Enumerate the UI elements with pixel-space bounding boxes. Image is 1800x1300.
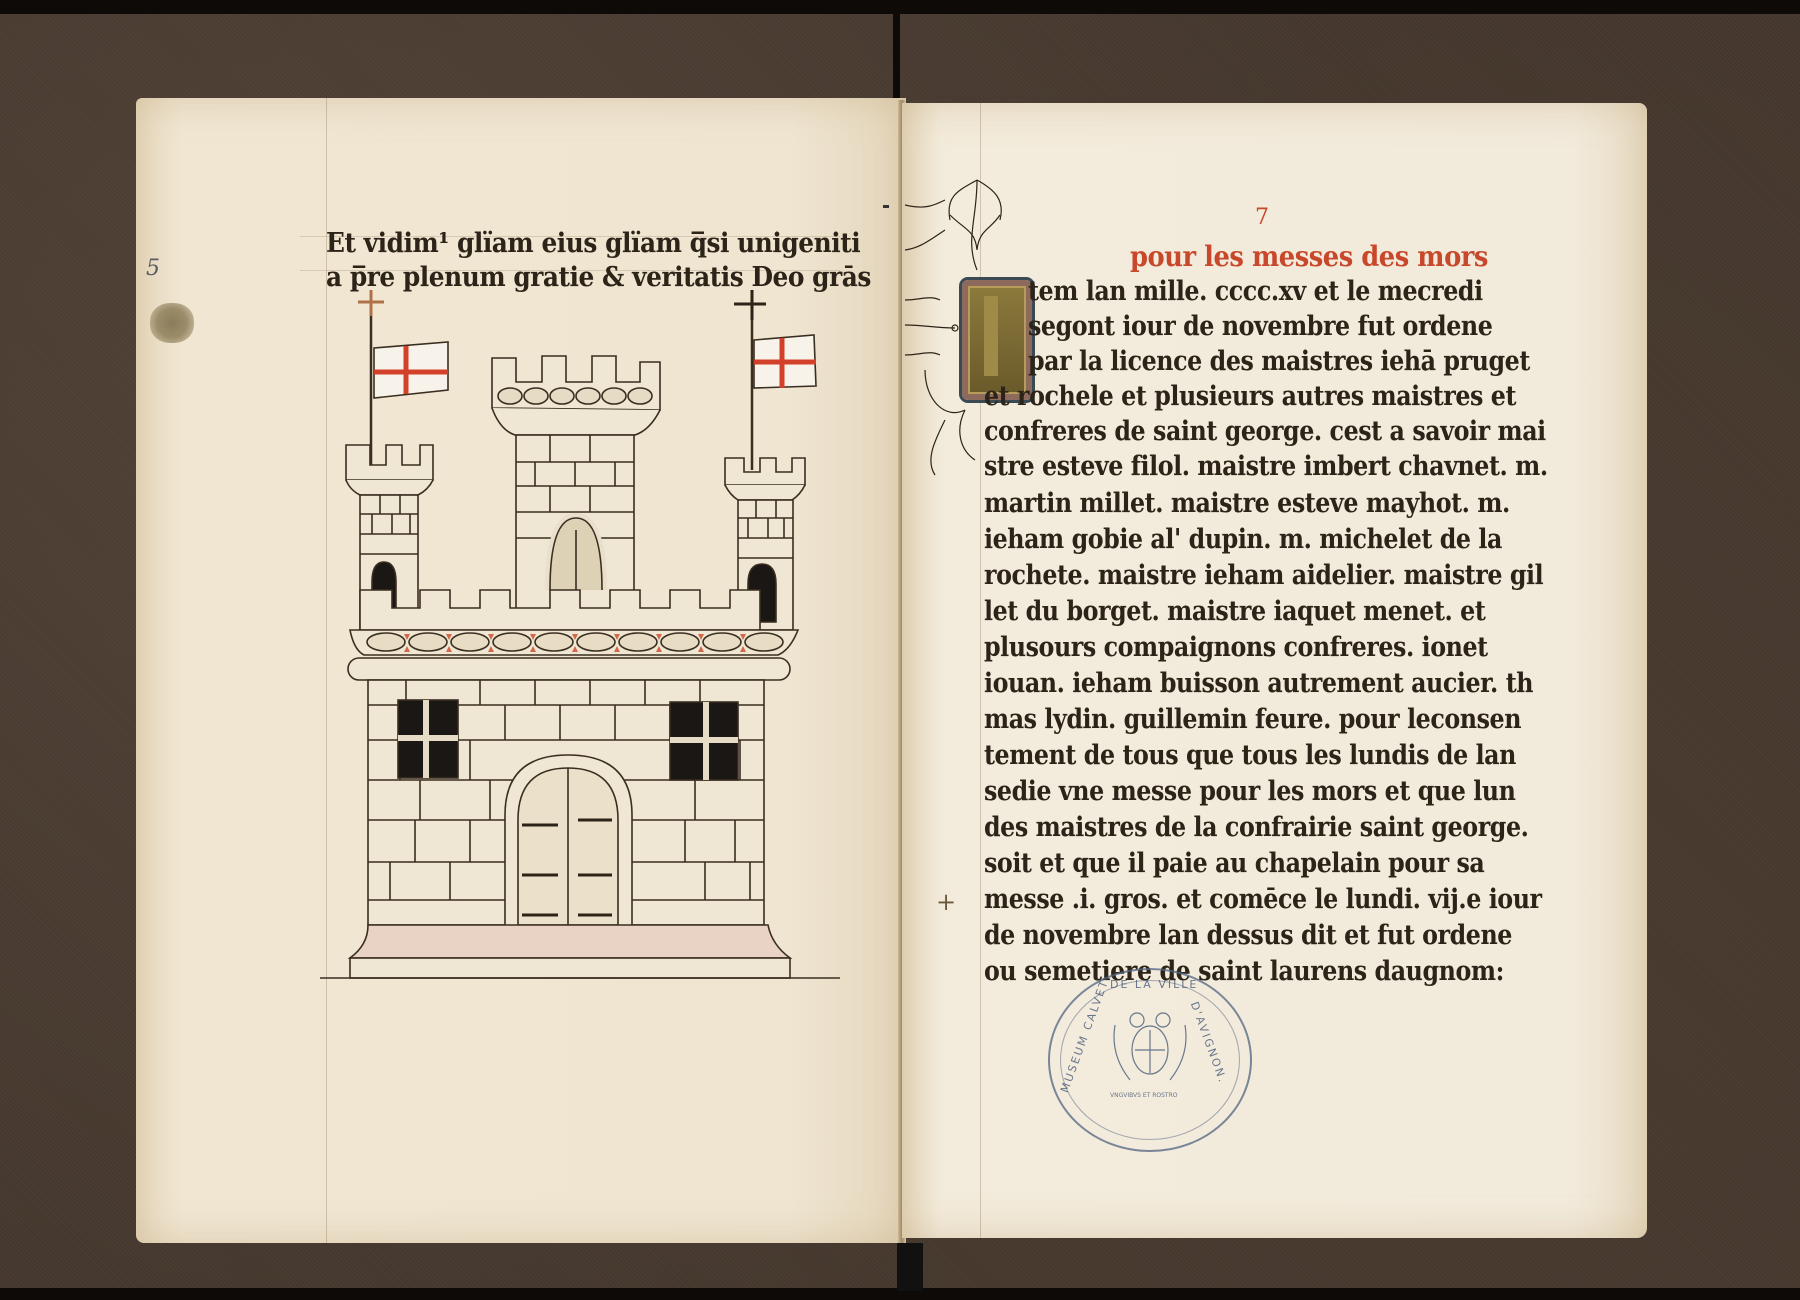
incipit-line-2: a p̅re plenum gratie & veritatis Deo grā… — [326, 262, 871, 293]
text-line: segont iour de novembre fut ordene — [1028, 311, 1492, 342]
stamp-motto: VNGVIBVS ET ROSTRO — [1110, 1092, 1178, 1099]
margin-cross-mark: + — [936, 888, 956, 916]
text-line: tem lan mille. cccc.xv et le mecredi — [1028, 276, 1483, 307]
museum-stamp: MUSEUM CALVET DE LA VILLE D'AVIGNON. VNG… — [1048, 968, 1252, 1152]
stamp-text-top: DE LA VILLE — [1110, 978, 1198, 991]
text-line: ieham gobie al' dupin. m. michelet de la — [984, 524, 1502, 555]
text-line: martin millet. maistre esteve mayhot. m. — [984, 488, 1510, 519]
text-line: plusours compaignons confreres. ionet — [984, 632, 1488, 663]
castle-illustration — [320, 290, 840, 980]
text-line: des maistres de la confrairie saint geor… — [984, 812, 1528, 843]
folio-mark: 5 — [146, 256, 160, 281]
text-line: soit et que il paie au chapelain pour sa — [984, 848, 1484, 879]
rubric-heading: pour les messes des mors — [1130, 240, 1488, 273]
incipit-line-1: Et vidim¹ glïam eius glïam q̅si unigenit… — [326, 228, 860, 259]
text-line: mas lydin. guillemin feure. pour leconse… — [984, 704, 1521, 735]
text-line: rochete. maistre ieham aidelier. maistre… — [984, 560, 1543, 591]
text-line: iouan. ieham buisson autrement aucier. t… — [984, 668, 1533, 699]
text-line: tement de tous que tous les lundis de la… — [984, 740, 1516, 771]
text-line: et rochele et plusieurs autres maistres … — [984, 381, 1516, 412]
background-divider — [893, 14, 900, 104]
text-line: par la licence des maistres iehā pruget — [1028, 346, 1530, 377]
top-border — [0, 0, 1800, 14]
eagle-emblem-icon — [1105, 1005, 1195, 1095]
text-line: confreres de saint george. cest a savoir… — [984, 416, 1546, 447]
text-line: sedie vne messe pour les mors et que lun — [984, 776, 1515, 807]
text-line: let du borget. maistre iaquet menet. et — [984, 596, 1485, 627]
spine-tab — [897, 1243, 923, 1291]
folio-number: 7 — [1255, 205, 1269, 230]
text-line: ou semetiere de saint laurens daugnom: — [984, 956, 1504, 987]
text-line: de novembre lan dessus dit et fut ordene — [984, 920, 1512, 951]
parchment-stain — [150, 303, 194, 343]
margin-dot — [883, 205, 889, 208]
text-line: messe .i. gros. et comēce le lundi. vij.… — [984, 884, 1542, 915]
text-line: stre esteve filol. maistre imbert chavne… — [984, 451, 1548, 482]
